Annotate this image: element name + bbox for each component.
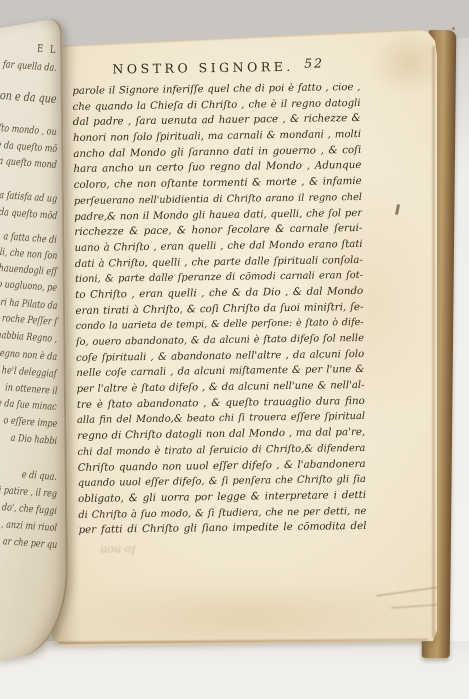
- page-fragment: e di qua.: [22, 470, 58, 483]
- page-fragment: habbia Regno ,: [0, 330, 57, 345]
- page-fragment: e da ſue minac: [0, 398, 57, 413]
- page-fragment: , anzi mi riuol: [1, 519, 58, 534]
- page-fragment: lo uogluono, pe: [0, 279, 57, 294]
- page-header: NOSTRO SIGNORE. 52: [72, 58, 360, 82]
- table-surface: [0, 641, 469, 699]
- text-block: NOSTRO SIGNORE. 52 parole il Signore inf…: [72, 58, 367, 539]
- page-edge-top: [54, 28, 426, 47]
- page-fragment: e a far quella da.: [0, 58, 57, 74]
- show-through-text: Io non: [93, 543, 143, 557]
- page-fragment: ſon è da queſto mō: [0, 139, 57, 155]
- book-photo: NOSTRO SIGNORE. 52 parole il Signore inf…: [0, 0, 469, 699]
- text-line: per fatti di Chriſto gli ſiano impedite …: [78, 519, 366, 539]
- page-fragment: a fatta che di: [3, 231, 57, 246]
- page-fragment: lli, che non ſon: [0, 247, 57, 262]
- page-edge-right: [432, 46, 435, 638]
- page-fragment: ueſto mondo , ou: [0, 122, 57, 138]
- page-fragment: ar che per qu: [2, 536, 57, 551]
- page-fragment: ri ha Pilato da: [0, 297, 57, 312]
- page-fragment: E L: [36, 43, 57, 56]
- page-fragment: i patire , il reg: [0, 485, 57, 500]
- background-speck: [452, 27, 455, 30]
- paper-crease: [376, 585, 446, 597]
- page-fragment: in ottenere il: [4, 382, 57, 397]
- page-fragment: hauendogli eſſ: [0, 263, 57, 278]
- page-fragment: a Dio habbi: [10, 433, 57, 447]
- verso-text-fragments: E Le a far quella da.non e da queueſto m…: [0, 0, 62, 660]
- page-fragment: o eſſere impe: [3, 415, 57, 430]
- page-fragment: he'l deleggiaſ: [2, 365, 58, 380]
- recto-page: NOSTRO SIGNORE. 52 parole il Signore inf…: [46, 24, 438, 650]
- page-fragment: roche Peſſer ſ: [1, 313, 57, 328]
- page-fragment: o da queſto mōd: [0, 206, 57, 222]
- page-fragment: do', che fuggi: [2, 502, 58, 517]
- page-fragment: non e da que: [0, 88, 57, 106]
- page-fragment: Regno non è da: [0, 348, 57, 363]
- page-fragment: o da queſto mond: [0, 155, 57, 171]
- page-number: 52: [304, 55, 324, 70]
- body-text: parole il Signore inferiſſe quel che di …: [72, 80, 366, 539]
- page-fragment: ſta ſatisfa ad ug: [0, 190, 57, 205]
